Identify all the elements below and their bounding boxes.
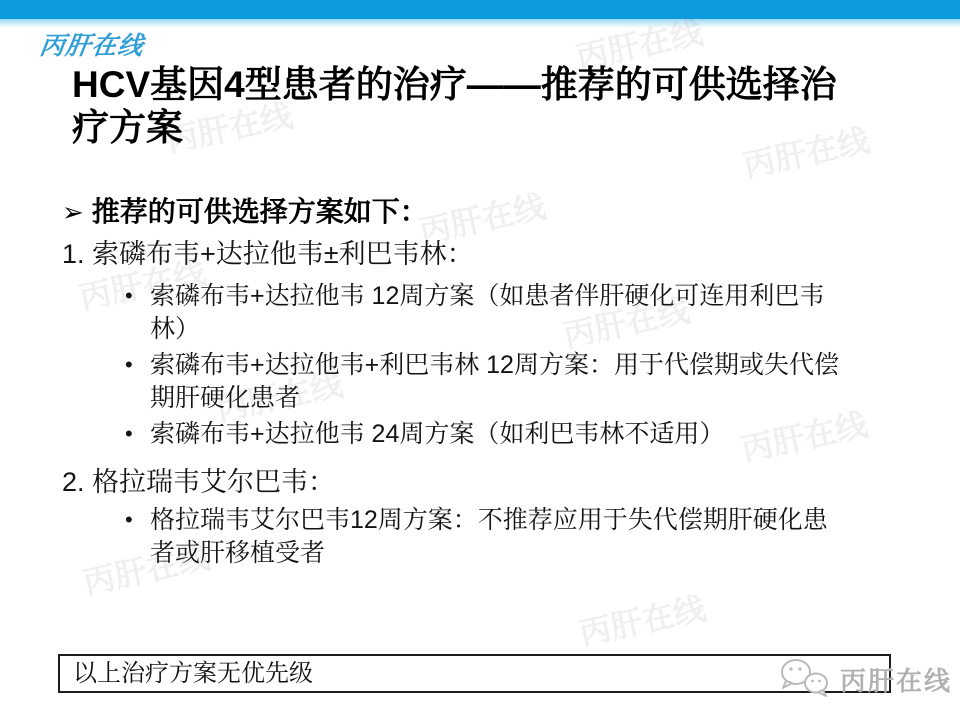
footer-logo: 丙肝在线 [776, 655, 952, 704]
wechat-bubbles-icon [776, 655, 834, 704]
footer-logo-text: 丙肝在线 [840, 661, 952, 698]
lead-line: ➢推荐的可供选择方案如下： [62, 194, 882, 230]
section-1-heading: 1. 索磷布韦+达拉他韦±利巴韦林： [62, 236, 882, 272]
bullet-text: 格拉瑞韦艾尔巴韦12周方案：不推荐应用于失代偿期肝硬化患者或肝移植受者 [150, 506, 828, 567]
dot-bullet-icon: • [125, 503, 133, 536]
arrowhead-bullet-icon: ➢ [62, 197, 84, 227]
bullet-text: 索磷布韦+达拉他韦 12周方案（如患者伴肝硬化可连用利巴韦林） [150, 282, 824, 343]
list-item: •索磷布韦+达拉他韦+利巴韦林 12周方案：用于代偿期或失代偿期肝硬化患者 [62, 349, 848, 415]
bullet-text: 索磷布韦+达拉他韦+利巴韦林 12周方案：用于代偿期或失代偿期肝硬化患者 [150, 351, 839, 412]
list-item: •索磷布韦+达拉他韦 24周方案（如利巴韦林不适用） [62, 418, 848, 451]
brand-logo: 丙肝在线 [37, 26, 146, 62]
slide-title: HCV基因4型患者的治疗——推荐的可供选择治疗方案 [72, 63, 864, 149]
slide: 丙肝在线 丙肝在线 丙肝在线 丙肝在线 丙肝在线 丙肝在线 丙肝在线 丙肝在线 … [0, 0, 960, 720]
watermark: 丙肝在线 [575, 583, 710, 655]
slide-body: ➢推荐的可供选择方案如下： 1. 索磷布韦+达拉他韦±利巴韦林： •索磷布韦+达… [62, 194, 882, 573]
list-item: •索磷布韦+达拉他韦 12周方案（如患者伴肝硬化可连用利巴韦林） [62, 280, 848, 346]
dot-bullet-icon: • [125, 279, 133, 312]
lead-text: 推荐的可供选择方案如下： [92, 196, 428, 227]
list-item: •格拉瑞韦艾尔巴韦12周方案：不推荐应用于失代偿期肝硬化患者或肝移植受者 [62, 504, 848, 570]
dot-bullet-icon: • [125, 348, 133, 381]
section-2-bullet-list: •格拉瑞韦艾尔巴韦12周方案：不推荐应用于失代偿期肝硬化患者或肝移植受者 [62, 504, 882, 570]
header-bar [0, 0, 960, 19]
section-1-bullet-list: •索磷布韦+达拉他韦 12周方案（如患者伴肝硬化可连用利巴韦林） •索磷布韦+达… [62, 280, 882, 451]
bullet-text: 索磷布韦+达拉他韦 24周方案（如利巴韦林不适用） [150, 420, 724, 448]
note-box: 以上治疗方案无优先级 [58, 654, 891, 693]
dot-bullet-icon: • [125, 417, 133, 450]
section-2-heading: 2. 格拉瑞韦艾尔巴韦： [62, 464, 882, 500]
